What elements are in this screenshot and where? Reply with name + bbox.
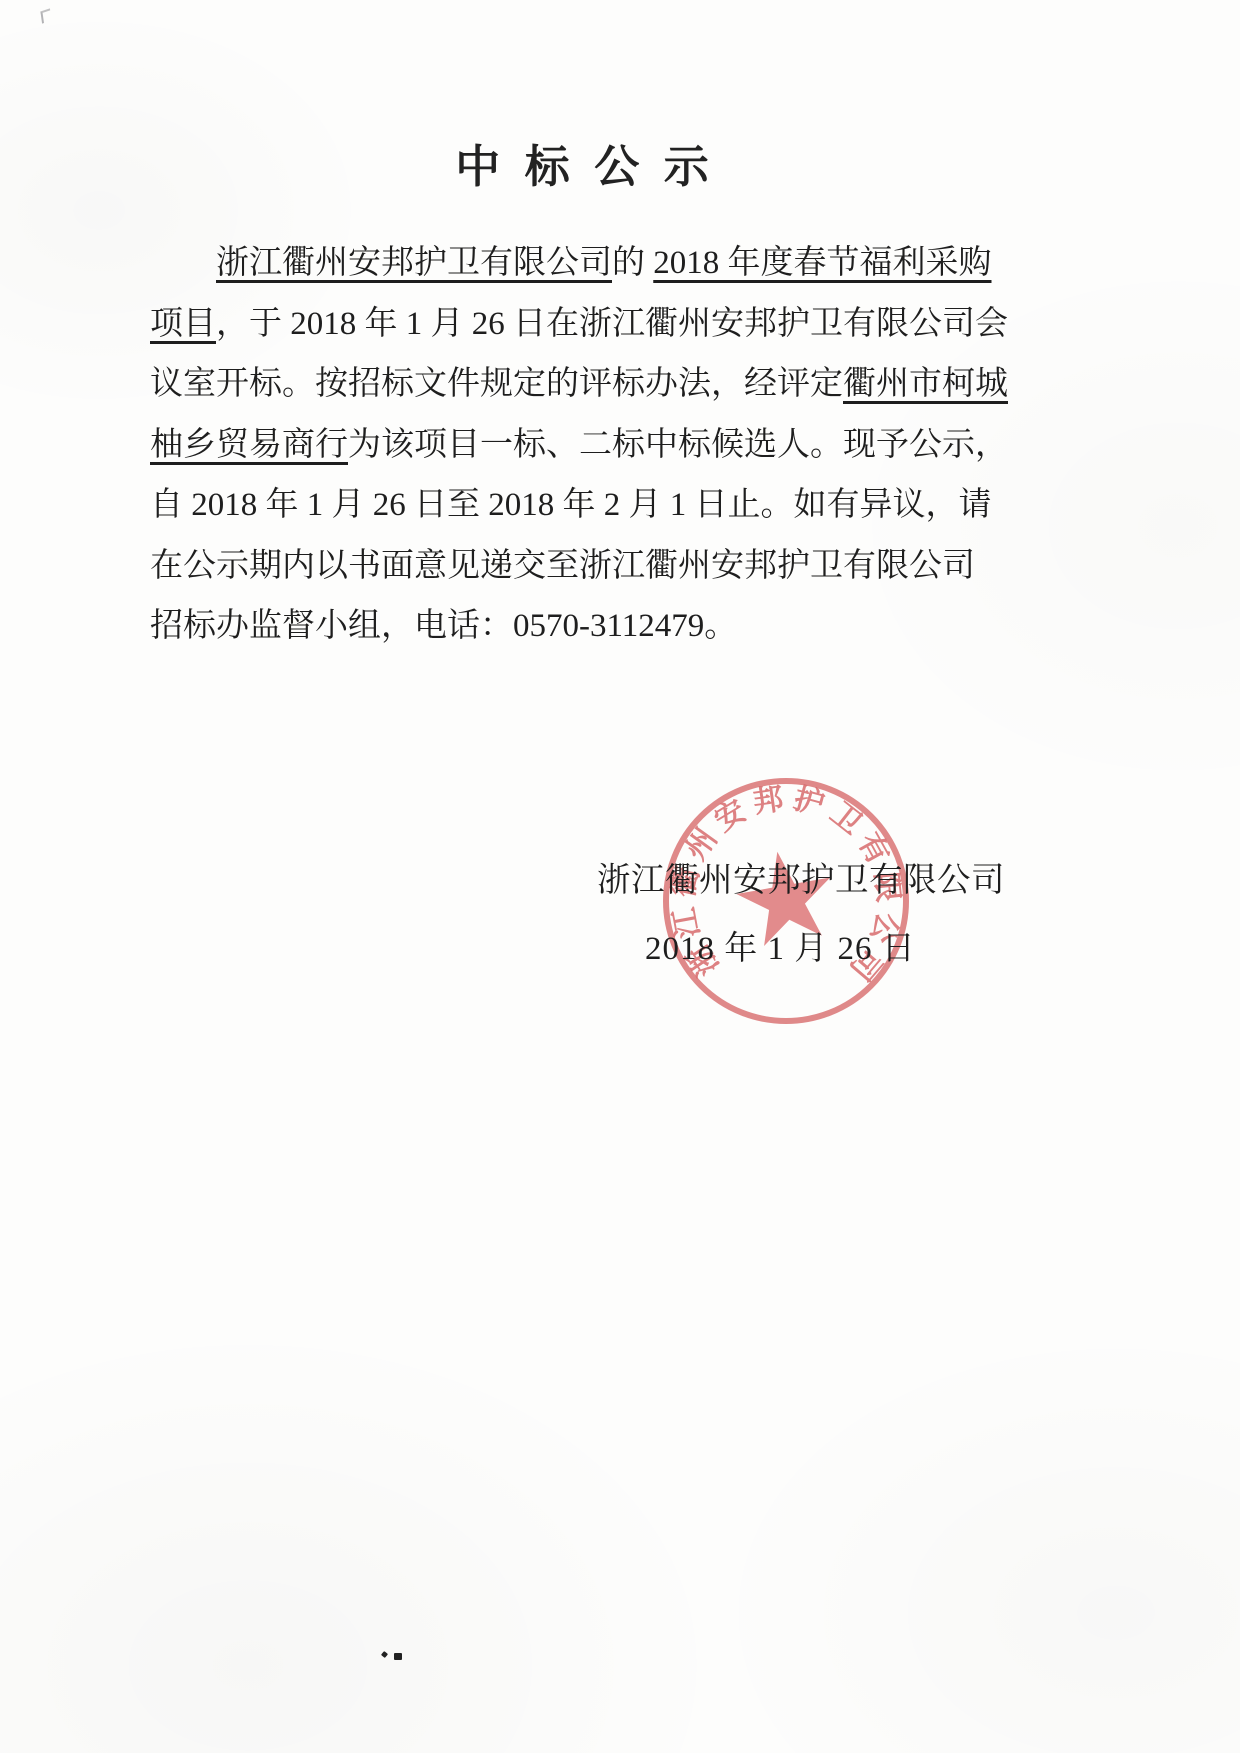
- body-line: 在公示期内以书面意见递交至浙江衢州安邦护卫有限公司: [150, 536, 910, 597]
- company-seal: 浙江衢州安邦护卫有限公司: [656, 771, 916, 1031]
- scan-speck: [381, 1651, 388, 1658]
- body-text: 议室开标。按招标文件规定的评标办法，经评定: [150, 366, 843, 402]
- body-text: 在公示期内以书面意见递交至浙江衢州安邦护卫有限公司: [150, 548, 975, 584]
- underlined-text: 衢州市柯城: [843, 366, 1008, 402]
- body-paragraph: 浙江衢州安邦护卫有限公司的 2018 年度春节福利采购项目，于 2018 年 1…: [150, 233, 910, 657]
- body-text: 招标办监督小组，电话：0570-3112479。: [150, 608, 737, 644]
- scan-smudge: [40, 8, 51, 23]
- body-text: 为该项目一标、二标中标候选人。现予公示，: [348, 427, 1008, 463]
- scan-speck: [394, 1653, 402, 1660]
- body-line: 项目，于 2018 年 1 月 26 日在浙江衢州安邦护卫有限公司会: [150, 294, 910, 355]
- body-line: 浙江衢州安邦护卫有限公司的 2018 年度春节福利采购: [150, 233, 910, 294]
- underlined-text: 浙江衢州安邦护卫有限公司: [216, 245, 612, 281]
- scanned-document-page: { "document": { "title": "中 标 公 示", "bod…: [0, 0, 1240, 1753]
- body-line: 柚乡贸易商行为该项目一标、二标中标候选人。现予公示，: [150, 415, 910, 476]
- body-line: 自 2018 年 1 月 26 日至 2018 年 2 月 1 日止。如有异议，…: [150, 475, 910, 536]
- signature-date: 2018 年 1 月 26 日: [645, 922, 916, 969]
- body-text: 的: [612, 245, 653, 281]
- underlined-text: 柚乡贸易商行: [150, 427, 348, 463]
- underlined-text: 项目: [150, 306, 216, 342]
- signature-company-name: 浙江衢州安邦护卫有限公司: [597, 852, 1005, 901]
- document-title: 中 标 公 示: [0, 130, 1170, 195]
- body-line: 议室开标。按招标文件规定的评标办法，经评定衢州市柯城: [150, 354, 910, 415]
- body-text: ，于 2018 年 1 月 26 日在浙江衢州安邦护卫有限公司会: [216, 306, 1008, 342]
- body-text: 自 2018 年 1 月 26 日至 2018 年 2 月 1 日止。如有异议，…: [150, 487, 992, 523]
- underlined-text: 2018 年度春节福利采购: [653, 245, 991, 281]
- body-line: 招标办监督小组，电话：0570-3112479。: [150, 596, 910, 657]
